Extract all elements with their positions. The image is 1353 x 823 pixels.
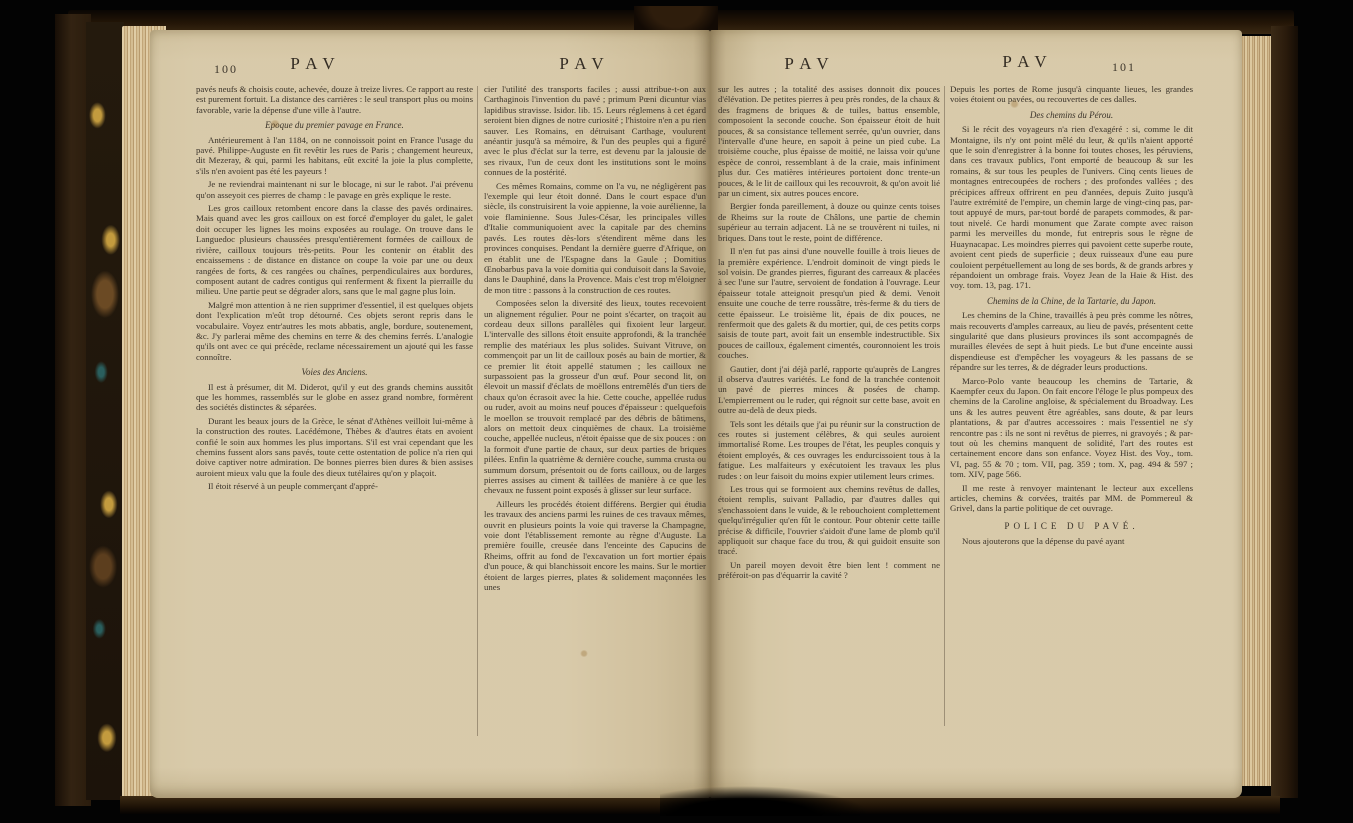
paragraph: cier l'utilité des transports faciles ; … <box>484 84 706 178</box>
text-column-2: cier l'utilité des transports faciles ; … <box>484 84 706 752</box>
foxing-spot <box>1010 100 1019 108</box>
paragraph: Nous ajouterons que la dépense du pavé a… <box>950 536 1193 546</box>
section-heading: Voies des Anciens. <box>196 367 473 377</box>
paragraph: Durant les beaux jours de la Grèce, le s… <box>196 416 473 478</box>
paragraph: Composées selon la diversité des lieux, … <box>484 298 706 496</box>
paragraph: Tels sont les détails que j'ai pu réunir… <box>718 419 940 481</box>
paragraph: Bergier fonda pareillement, à douze ou q… <box>718 201 940 243</box>
running-title: PAV <box>958 52 1098 72</box>
paragraph: Ailleurs les procédés étoient différens.… <box>484 499 706 593</box>
paragraph: Il étoit réservé à un peuple commerçant … <box>196 481 473 491</box>
paragraph: Je ne reviendrai maintenant ni sur le bl… <box>196 179 473 200</box>
text-column-3: sur les autres ; la totalité des assises… <box>718 84 940 728</box>
paragraph: Marco-Polo vante beaucoup les chemins de… <box>950 376 1193 480</box>
text-column-1: pavés neufs & choisis coute, achevée, do… <box>196 84 473 738</box>
paragraph: Les trous qui se formoient aux chemins r… <box>718 484 940 557</box>
text-column-4: Depuis les portes de Rome jusqu'à cinqua… <box>950 84 1193 744</box>
page-number: 100 <box>214 62 238 77</box>
page-number: 101 <box>1112 60 1136 75</box>
running-title: PAV <box>515 54 655 74</box>
gutter-shadow <box>660 786 870 816</box>
book-photograph: 100 PAV PAV pavés neufs & choisis coute,… <box>0 0 1353 823</box>
paragraph: sur les autres ; la totalité des assises… <box>718 84 940 198</box>
right-page-edges <box>1240 36 1273 786</box>
running-title: PAV <box>246 54 386 74</box>
section-heading: Des chemins du Pérou. <box>950 110 1193 120</box>
paragraph: pavés neufs & choisis coute, achevée, do… <box>196 84 473 115</box>
paragraph: Malgré mon attention à ne rien supprimer… <box>196 300 473 362</box>
paragraph: Un pareil moyen devoit être bien lent ! … <box>718 560 940 581</box>
column-rule <box>944 86 945 726</box>
column-rule <box>477 86 478 736</box>
foxing-spot <box>580 650 588 657</box>
paragraph: Il est à présumer, dit M. Diderot, qu'il… <box>196 382 473 413</box>
section-heading: Epoque du premier pavage en France. <box>196 120 473 130</box>
paragraph: Les gros cailloux retombent encore dans … <box>196 203 473 297</box>
paragraph: Gautier, dont j'ai déjà parlé, rapporte … <box>718 364 940 416</box>
paragraph: Si le récit des voyageurs n'a rien d'exa… <box>950 124 1193 291</box>
paragraph: Antérieurement à l'an 1184, on ne connoi… <box>196 135 473 177</box>
right-page: PAV PAV 101 sur les autres ; la totalité… <box>710 30 1242 798</box>
running-title: PAV <box>740 54 880 74</box>
paragraph: Il n'en fut pas ainsi d'une nouvelle fou… <box>718 246 940 360</box>
paragraph: Ces mêmes Romains, comme on l'a vu, ne n… <box>484 181 706 295</box>
section-heading: Chemins de la Chine, de la Tartarie, du … <box>950 296 1193 306</box>
paragraph: Depuis les portes de Rome jusqu'à cinqua… <box>950 84 1193 105</box>
section-heading: POLICE DU PAVÉ. <box>950 521 1193 531</box>
marbled-endpaper <box>86 22 124 800</box>
foxing-spot <box>270 120 280 128</box>
right-cover-board <box>1271 26 1298 798</box>
paragraph: Il me reste à renvoyer maintenant le lec… <box>950 483 1193 514</box>
paragraph: Les chemins de la Chine, travaillés à pe… <box>950 310 1193 372</box>
left-page: 100 PAV PAV pavés neufs & choisis coute,… <box>150 30 710 798</box>
